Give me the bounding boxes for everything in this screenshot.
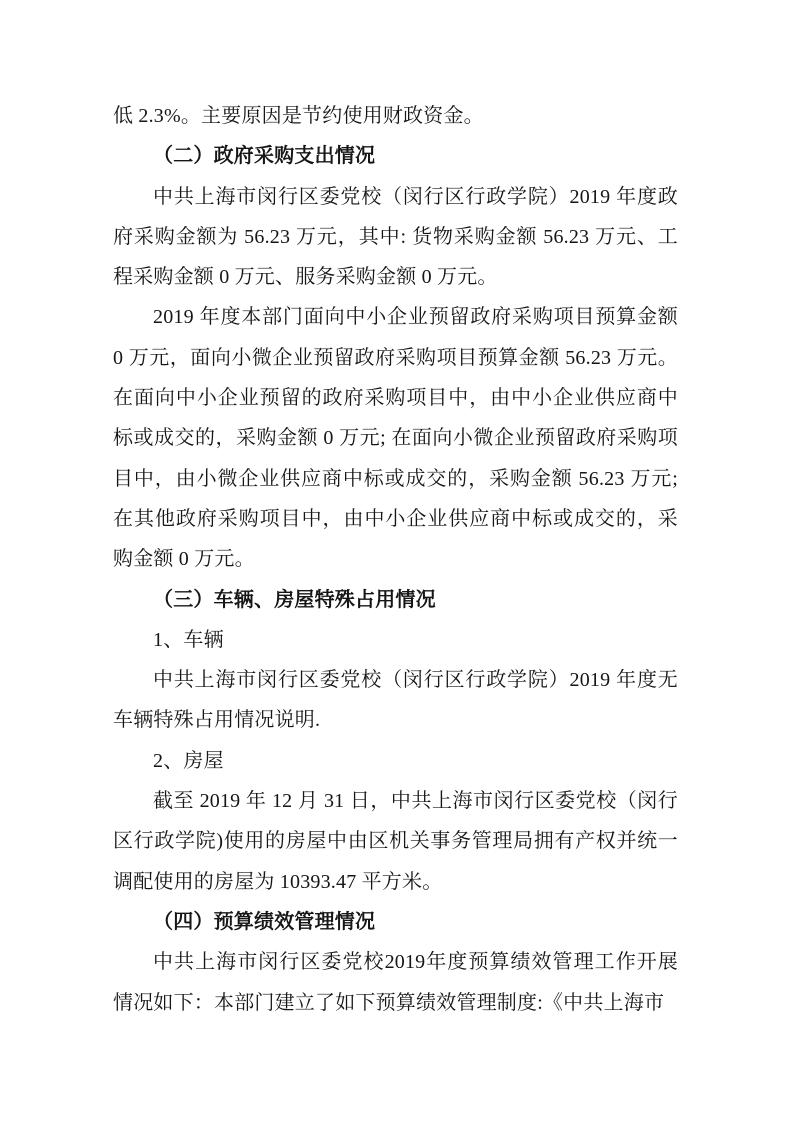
paragraph-carryover: 低 2.3%。主要原因是节约使用财政资金。 (113, 96, 678, 136)
subitem-1-vehicles: 1、车辆 (113, 620, 678, 660)
document-page: 低 2.3%。主要原因是节约使用财政资金。 （二）政府采购支出情况 中共上海市闵… (0, 0, 793, 1122)
heading-section-4-budget-performance: （四）预算绩效管理情况 (113, 902, 678, 942)
paragraph-vehicles: 中共上海市闵行区委党校（闵行区行政学院）2019 年度无车辆特殊占用情况说明. (113, 660, 678, 741)
paragraph-housing: 截至 2019 年 12 月 31 日，中共上海市闵行区委党校（闵行区行政学院)… (113, 781, 678, 902)
subitem-2-housing: 2、房屋 (113, 741, 678, 781)
document-text-block: 低 2.3%。主要原因是节约使用财政资金。 （二）政府采购支出情况 中共上海市闵… (113, 96, 678, 1023)
paragraph-budget-performance: 中共上海市闵行区委党校2019年度预算绩效管理工作开展情况如下：本部门建立了如下… (113, 942, 678, 1023)
paragraph-procurement-total: 中共上海市闵行区委党校（闵行区行政学院）2019 年度政府采购金额为 56.23… (113, 177, 678, 298)
heading-section-3-vehicles-housing: （三）车辆、房屋特殊占用情况 (113, 580, 678, 620)
paragraph-sme-procurement: 2019 年度本部门面向中小企业预留政府采购项目预算金额 0 万元，面向小微企业… (113, 297, 678, 579)
heading-section-2-procurement: （二）政府采购支出情况 (113, 136, 678, 176)
